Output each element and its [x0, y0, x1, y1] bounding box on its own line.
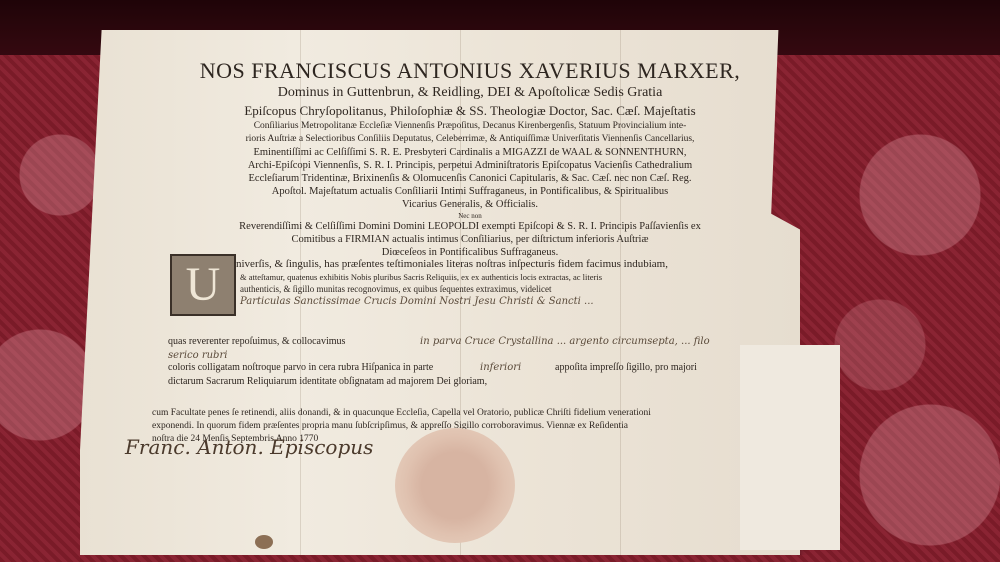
handwritten-color: serico rubri	[168, 350, 227, 361]
header-line: Vicarius Generalis, & Officialis.	[180, 199, 760, 210]
handwritten-relic-line: Particulas Sanctissimae Crucis Domini No…	[240, 296, 594, 307]
body-line: cum Facultate penes ſe retinendi, aliis …	[152, 408, 651, 418]
signature: Franc. Anton. Episcopus	[125, 435, 373, 459]
body-line: niverſis, & ſingulis, has præſentes teſt…	[236, 258, 668, 270]
decorated-initial: U	[170, 254, 236, 316]
header-line: Dominus in Guttenbrun, & Reidling, DEI &…	[180, 85, 760, 101]
header-line: Reverendiſſimi & Celſiſſimi Domini Domin…	[170, 221, 770, 232]
ink-stain	[255, 535, 273, 549]
body-line: exponendi. In quorum fidem præſentes pro…	[152, 421, 628, 431]
header-line: Archi-Epiſcopi Viennenſis, S. R. I. Prin…	[180, 160, 760, 171]
body-line: appoſita impreſſo ſigillo, pro majori	[555, 362, 697, 373]
body-line: authenticis, & ſigillo munitas recognovi…	[240, 284, 551, 294]
header-line: Apoſtol. Majeſtatum actualis Conſiliarii…	[180, 186, 760, 197]
header-line: Conſiliarius Metropolitanæ Eccleſiæ Vien…	[180, 121, 760, 131]
paper-torn-flap	[740, 345, 840, 550]
handwritten-container: in parva Cruce Crystallina ... argento c…	[420, 336, 710, 347]
body-line: coloris colligatam noſtroque parvo in ce…	[168, 362, 433, 373]
body-line: quas reverenter repoſuimus, & collocavim…	[168, 336, 345, 347]
header-line: Eccleſiarum Tridentinæ, Brixinenſis & Ol…	[180, 173, 760, 184]
header-line: Comitibus a FIRMIAN actualis intimus Con…	[180, 234, 760, 245]
body-line: & atteſtamur, quatenus exhibitis Nobis p…	[240, 272, 602, 282]
document-title: NOS FRANCISCUS ANTONIUS XAVERIUS MARXER,	[180, 58, 760, 84]
header-line: rioris Auſtriæ a Selectioribus Conſiliis…	[180, 134, 760, 144]
header-line: Nec non	[180, 212, 760, 220]
body-line: dictarum Sacrarum Reliquiarum identitate…	[168, 376, 487, 387]
header-line: Diœceſeos in Pontificalibus Suffraganeus…	[180, 247, 760, 258]
handwritten-part: inferiori	[480, 362, 521, 373]
header-line: Epiſcopus Chryſopolitanus, Philoſophiæ &…	[180, 103, 760, 119]
wax-seal	[395, 428, 515, 543]
header-line: Eminentiſſimi ac Celſiſſimi S. R. E. Pre…	[180, 147, 760, 158]
